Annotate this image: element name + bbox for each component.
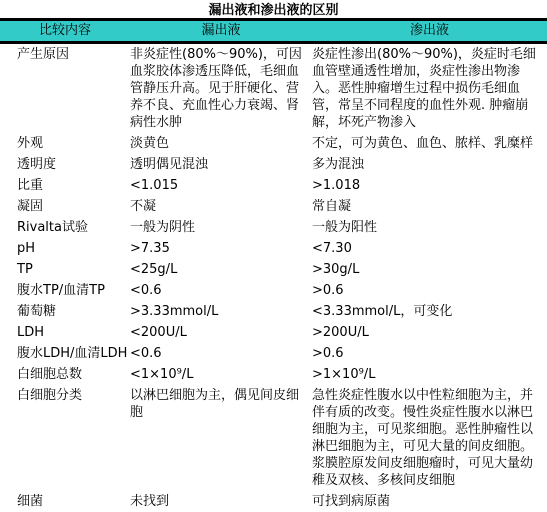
row-label: 葡萄糖	[0, 301, 130, 322]
table-row: 腹水TP/血清TP <0.6 >0.6	[0, 280, 547, 301]
exudate-value: <3.33mmol/L，可变化	[312, 301, 547, 322]
table-row: TP <25g/L >30g/L	[0, 259, 547, 280]
transudate-value: <1×10⁹/L	[130, 364, 312, 385]
exudate-value: >30g/L	[312, 259, 547, 280]
row-label: 产生原因	[0, 43, 130, 134]
transudate-value: <25g/L	[130, 259, 312, 280]
table-row: 腹水LDH/血清LDH <0.6 >0.6	[0, 343, 547, 364]
row-label: 外观	[0, 133, 130, 154]
exudate-value: 不定，可为黄色、血色、脓样、乳糜样	[312, 133, 547, 154]
transudate-value: <1.015	[130, 175, 312, 196]
exudate-value: >0.6	[312, 343, 547, 364]
row-label: 细菌	[0, 491, 130, 512]
comparison-table: 比较内容 漏出液 渗出液 产生原因 非炎症性(80%～90%)，可因血浆胶体渗透…	[0, 18, 547, 512]
transudate-value: >7.35	[130, 238, 312, 259]
row-label: 白细胞总数	[0, 364, 130, 385]
row-label: 凝固	[0, 196, 130, 217]
exudate-value: 一般为阳性	[312, 217, 547, 238]
table-row: 透明度 透明偶见混浊 多为混浊	[0, 154, 547, 175]
transudate-value: 一般为阴性	[130, 217, 312, 238]
row-label: LDH	[0, 322, 130, 343]
row-label: 腹水LDH/血清LDH	[0, 343, 130, 364]
header-exudate: 渗出液	[312, 20, 547, 43]
exudate-value: 多为混浊	[312, 154, 547, 175]
row-label: pH	[0, 238, 130, 259]
table-row: 葡萄糖 >3.33mmol/L <3.33mmol/L，可变化	[0, 301, 547, 322]
transudate-value: 不凝	[130, 196, 312, 217]
table-row: 细菌 未找到 可找到病原菌	[0, 491, 547, 512]
table-row: 产生原因 非炎症性(80%～90%)，可因血浆胶体渗透压降低，毛细血管静压升高。…	[0, 43, 547, 134]
transudate-value: 透明偶见混浊	[130, 154, 312, 175]
exudate-value: 急性炎症性腹水以中性粒细胞为主，并伴有质的改变。慢性炎症性腹水以淋巴细胞为主，可…	[312, 385, 547, 491]
transudate-value: 淡黄色	[130, 133, 312, 154]
exudate-value: <7.30	[312, 238, 547, 259]
row-label: TP	[0, 259, 130, 280]
table-row: 凝固 不凝 常自凝	[0, 196, 547, 217]
exudate-value: >1.018	[312, 175, 547, 196]
exudate-value: >200U/L	[312, 322, 547, 343]
row-label: 白细胞分类	[0, 385, 130, 491]
exudate-value: 常自凝	[312, 196, 547, 217]
transudate-value: 非炎症性(80%～90%)，可因血浆胶体渗透压降低，毛细血管静压升高。见于肝硬化…	[130, 43, 312, 134]
row-label: 透明度	[0, 154, 130, 175]
table-body: 产生原因 非炎症性(80%～90%)，可因血浆胶体渗透压降低，毛细血管静压升高。…	[0, 43, 547, 512]
table-row: 外观 淡黄色 不定，可为黄色、血色、脓样、乳糜样	[0, 133, 547, 154]
exudate-value: >1×10⁹/L	[312, 364, 547, 385]
header-transudate: 漏出液	[130, 20, 312, 43]
table-row: 比重 <1.015 >1.018	[0, 175, 547, 196]
exudate-value: 炎症性渗出(80%～90%)，炎症时毛细血管壁通透性增加，炎症性渗出物渗入。恶性…	[312, 43, 547, 134]
table-header-row: 比较内容 漏出液 渗出液	[0, 20, 547, 43]
transudate-value: 以淋巴细胞为主，偶见间皮细胞	[130, 385, 312, 491]
transudate-value: <0.6	[130, 280, 312, 301]
transudate-value: >3.33mmol/L	[130, 301, 312, 322]
header-compare-item: 比较内容	[0, 20, 130, 43]
table-row: Rivalta试验 一般为阴性 一般为阳性	[0, 217, 547, 238]
table-row: 白细胞分类 以淋巴细胞为主，偶见间皮细胞 急性炎症性腹水以中性粒细胞为主，并伴有…	[0, 385, 547, 491]
exudate-value: 可找到病原菌	[312, 491, 547, 512]
page-title: 漏出液和渗出液的区别	[0, 0, 547, 18]
table-row: pH >7.35 <7.30	[0, 238, 547, 259]
transudate-value: <0.6	[130, 343, 312, 364]
row-label: 比重	[0, 175, 130, 196]
table-row: 白细胞总数 <1×10⁹/L >1×10⁹/L	[0, 364, 547, 385]
transudate-value: 未找到	[130, 491, 312, 512]
transudate-value: <200U/L	[130, 322, 312, 343]
table-row: LDH <200U/L >200U/L	[0, 322, 547, 343]
row-label: 腹水TP/血清TP	[0, 280, 130, 301]
exudate-value: >0.6	[312, 280, 547, 301]
row-label: Rivalta试验	[0, 217, 130, 238]
